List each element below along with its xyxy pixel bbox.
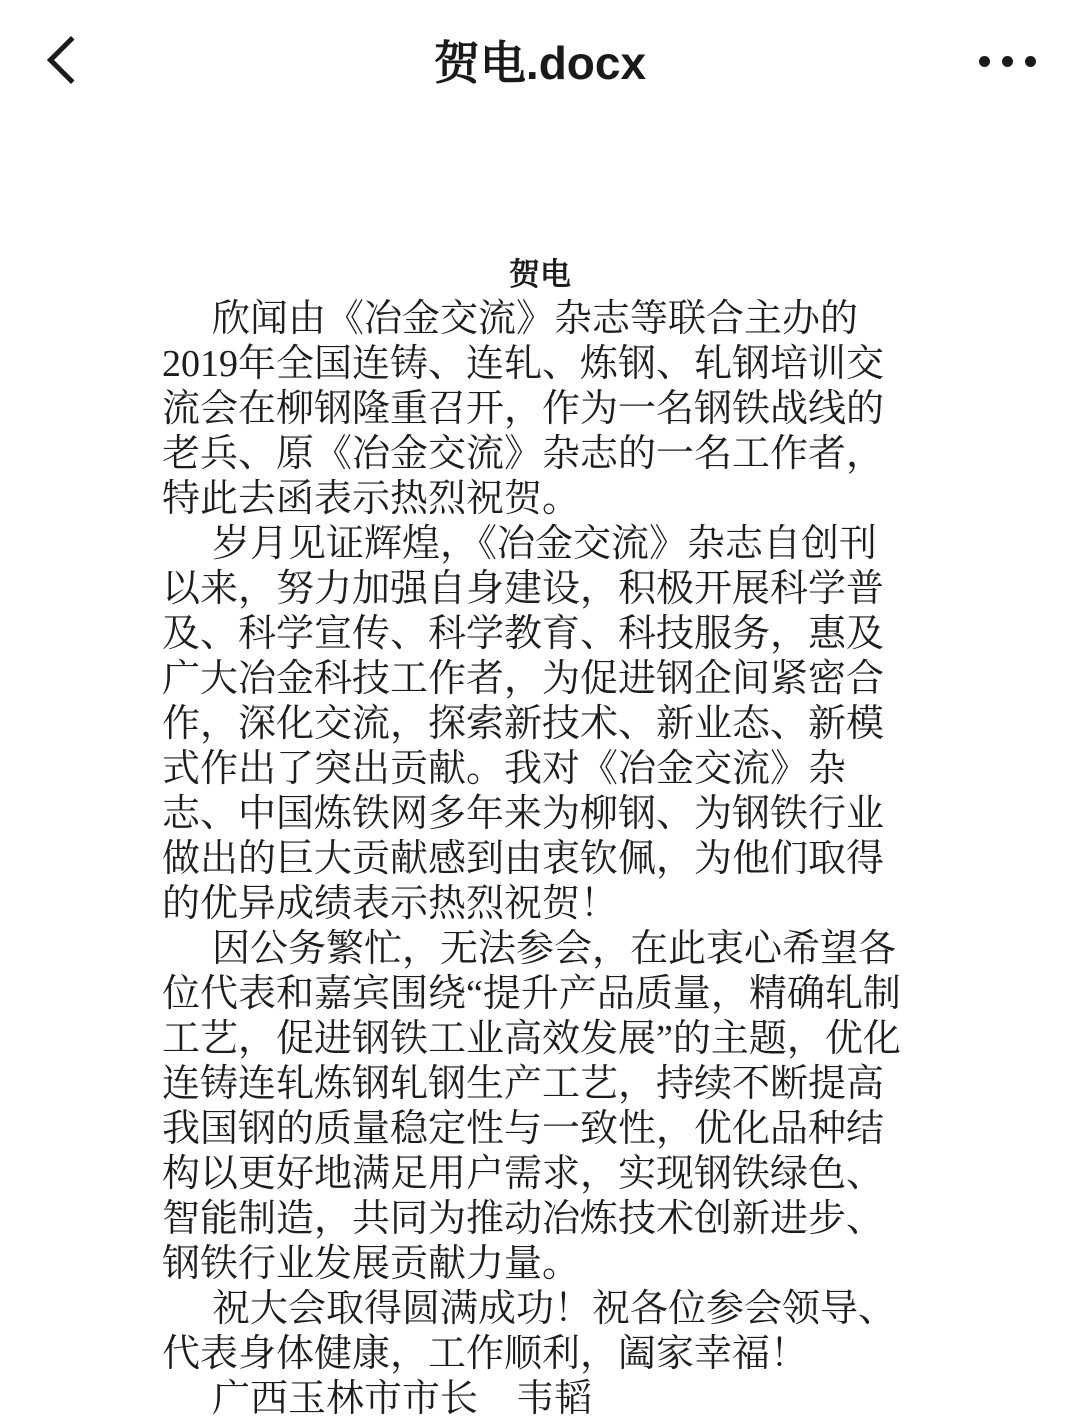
ellipsis-icon xyxy=(1025,56,1036,67)
doc-line: 及、科学宣传、科学教育、科技服务，惠及 xyxy=(162,612,918,657)
doc-line: 岁月见证辉煌，《冶金交流》杂志自创刊 xyxy=(162,522,918,567)
doc-line: 作，深化交流，探索新技术、新业态、新模 xyxy=(162,702,918,747)
doc-line: 我国钢的质量稳定性与一致性，优化品种结 xyxy=(162,1107,918,1152)
doc-line: 以来，努力加强自身建设，积极开展科学普 xyxy=(162,567,918,612)
document-page: 贺电 欣闻由《冶金交流》杂志等联合主办的 2019年全国连铸、连轧、炼钢、轧钢培… xyxy=(162,122,918,1422)
doc-line: 特此去函表示热烈祝贺。 xyxy=(162,477,918,522)
doc-line: 流会在柳钢隆重召开，作为一名钢铁战线的 xyxy=(162,387,918,432)
doc-line: 式作出了突出贡献。我对《冶金交流》杂 xyxy=(162,747,918,792)
doc-line: 广大冶金科技工作者，为促进钢企间紧密合 xyxy=(162,657,918,702)
doc-line: 2019年全国连铸、连轧、炼钢、轧钢培训交 xyxy=(162,342,918,387)
ellipsis-icon xyxy=(1002,56,1013,67)
file-title: 贺电.docx xyxy=(140,0,940,126)
doc-line: 的优异成绩表示热烈祝贺！ xyxy=(162,882,918,927)
more-menu-button[interactable] xyxy=(950,30,1042,92)
document-heading: 贺电 xyxy=(162,252,918,297)
doc-line: 钢铁行业发展贡献力量。 xyxy=(162,1242,918,1287)
doc-line: 代表身体健康，工作顺利，阖家幸福！ xyxy=(162,1332,918,1377)
doc-line: 做出的巨大贡献感到由衷钦佩，为他们取得 xyxy=(162,837,918,882)
doc-line: 因公务繁忙，无法参会，在此衷心希望各 xyxy=(162,927,918,972)
doc-line: 欣闻由《冶金交流》杂志等联合主办的 xyxy=(162,297,918,342)
doc-line: 祝大会取得圆满成功！祝各位参会领导、 xyxy=(162,1287,918,1332)
ellipsis-icon xyxy=(979,56,990,67)
doc-line: 构以更好地满足用户需求，实现钢铁绿色、 xyxy=(162,1152,918,1197)
doc-line: 位代表和嘉宾围绕“提升产品质量，精确轧制 xyxy=(162,972,918,1017)
doc-line: 连铸连轧炼钢轧钢生产工艺，持续不断提高 xyxy=(162,1062,918,1107)
doc-line: 志、中国炼铁网多年来为柳钢、为钢铁行业 xyxy=(162,792,918,837)
doc-line: 工艺，促进钢铁工业高效发展”的主题，优化 xyxy=(162,1017,918,1062)
top-bar: 贺电.docx xyxy=(0,0,1080,122)
chevron-left-icon xyxy=(47,36,95,84)
back-button[interactable] xyxy=(26,16,122,110)
doc-line: 老兵、原《冶金交流》杂志的一名工作者， xyxy=(162,432,918,477)
signature-line: 广西玉林市市长 韦韬 xyxy=(162,1377,918,1422)
doc-line: 智能制造，共同为推动冶炼技术创新进步、 xyxy=(162,1197,918,1242)
